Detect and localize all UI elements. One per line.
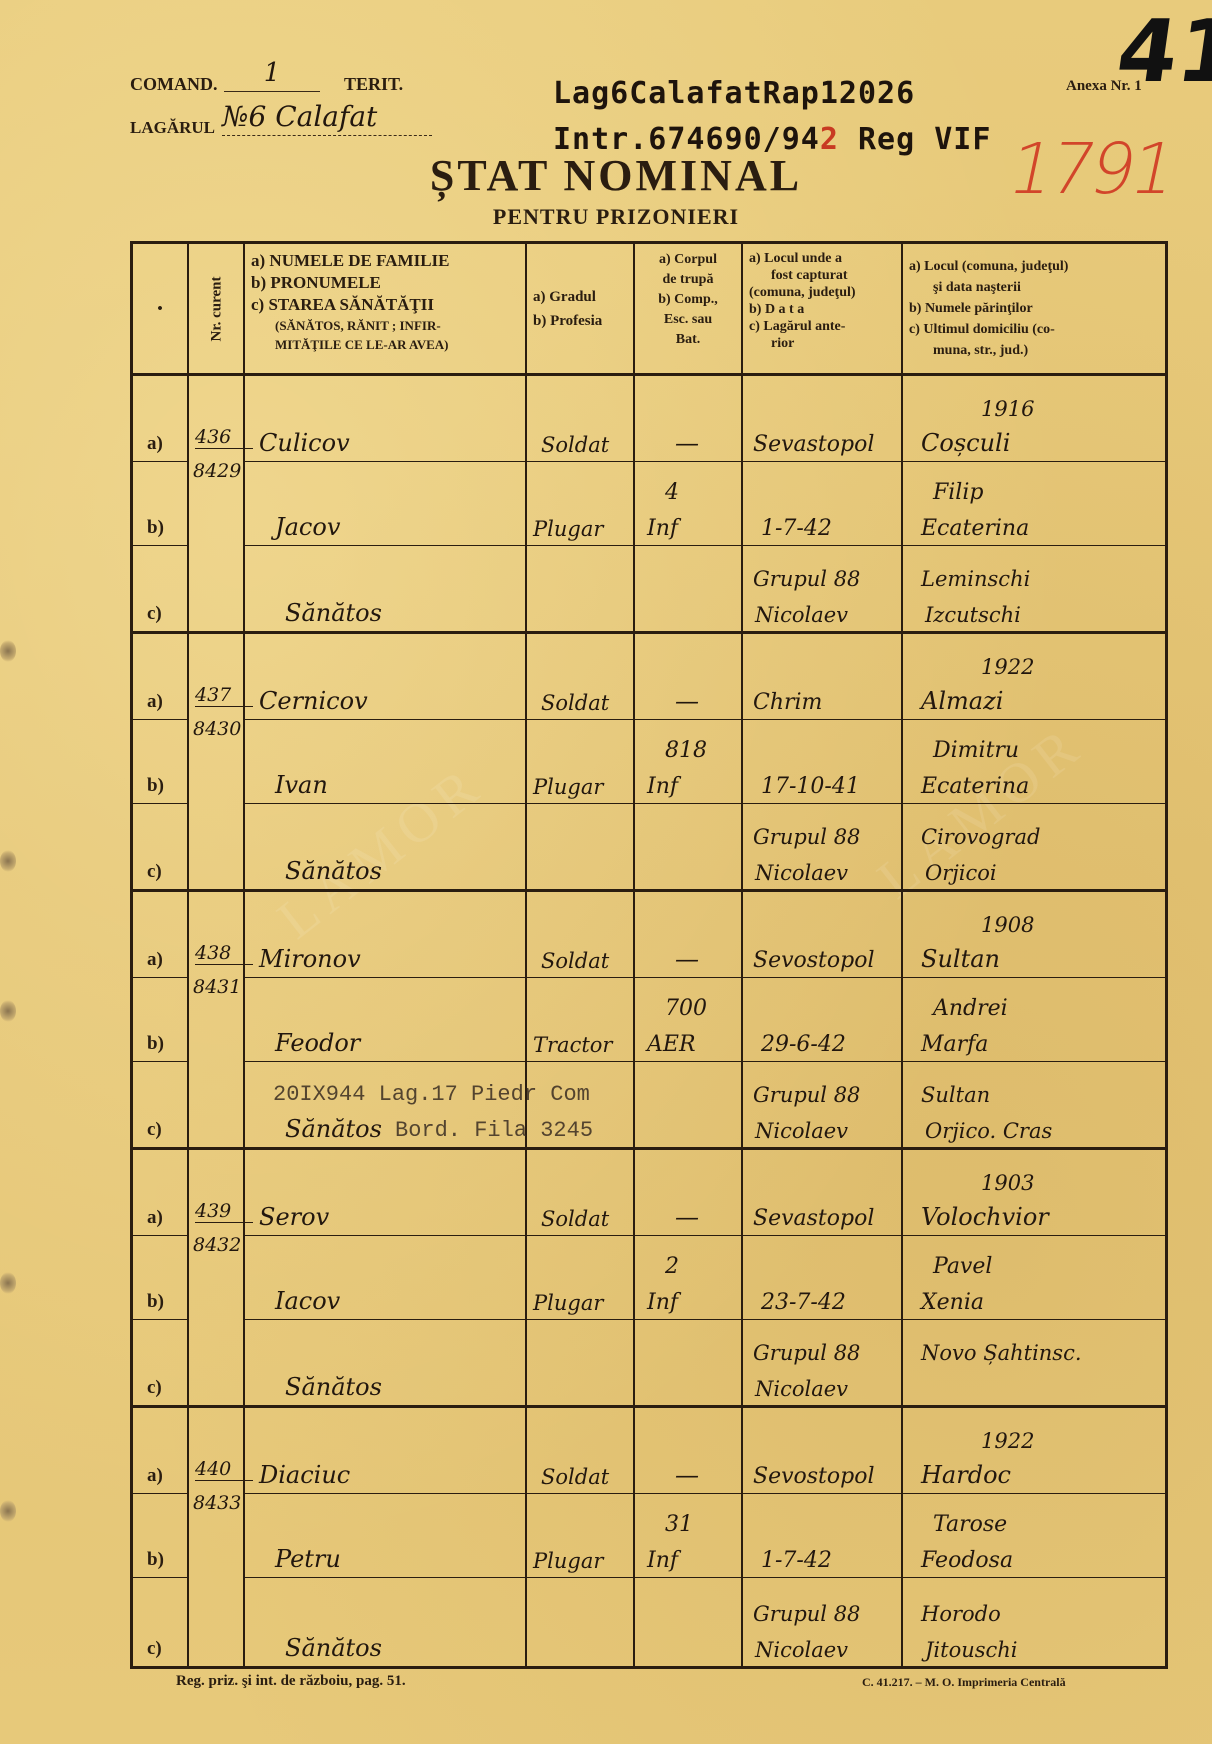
unit-corps: — bbox=[675, 1203, 699, 1231]
birth-place: Almazi bbox=[921, 687, 1003, 715]
previous-camp-place: Nicolaev bbox=[755, 603, 848, 627]
birth-place: Hardoc bbox=[921, 1461, 1011, 1489]
birth-cell: 1922 Hardoc Tarose Feodosa Horodo Jitous… bbox=[903, 1408, 1165, 1666]
rank: Soldat bbox=[541, 1465, 609, 1489]
profession: Plugar bbox=[533, 1549, 603, 1573]
birth-year: 1922 bbox=[981, 655, 1034, 679]
header-health: c) STAREA SĂNĂTĂŢII bbox=[251, 294, 519, 316]
mother-name: Xenia bbox=[921, 1290, 984, 1315]
header-names: a) NUMELE DE FAMILIE b) PRONUMELE c) STA… bbox=[245, 244, 527, 373]
header-capture-text: fost capturat bbox=[749, 267, 895, 284]
comand-label: COMAND. bbox=[130, 74, 218, 95]
capture-cell: Sevastopol 1-7-42 Grupul 88 Nicolaev bbox=[743, 376, 903, 631]
unit-type: Inf bbox=[647, 1548, 678, 1573]
previous-camp: Grupul 88 bbox=[753, 1083, 860, 1107]
capture-date: 17-10-41 bbox=[761, 774, 860, 799]
previous-camp-place: Nicolaev bbox=[755, 1119, 848, 1143]
health-status: Sănătos bbox=[285, 1634, 382, 1662]
domicile-line1: Novo Șahtinsc. bbox=[921, 1341, 1082, 1365]
firstname: Petru bbox=[275, 1545, 341, 1573]
footer-regulation-note: Reg. priz. şi int. de războiu, pag. 51. bbox=[176, 1673, 406, 1690]
header-capture-text: b) D a t a bbox=[749, 301, 895, 318]
health-status: Sănătos bbox=[285, 1115, 382, 1143]
nr-curent-cell: 440 8433 bbox=[189, 1408, 245, 1666]
label-c: c) bbox=[147, 861, 162, 883]
table-row: a) b) c) 439 8432 Serov Iacov Sănătos So… bbox=[133, 1150, 1165, 1408]
label-a: a) bbox=[147, 1465, 163, 1487]
previous-camp-place: Nicolaev bbox=[755, 1638, 848, 1662]
header-bullet: • bbox=[133, 244, 189, 373]
binder-hole bbox=[0, 1000, 16, 1022]
father-name: Filip bbox=[933, 480, 983, 505]
bullet-mark: • bbox=[157, 299, 162, 319]
profession: Tractor bbox=[533, 1033, 612, 1057]
rank-cell: Soldat Plugar bbox=[527, 376, 635, 631]
unit-type: Inf bbox=[647, 774, 678, 799]
binder-hole bbox=[0, 850, 16, 872]
rank-cell: Soldat Plugar bbox=[527, 1408, 635, 1666]
unit-type: AER bbox=[647, 1032, 696, 1057]
row-labels: a) b) c) bbox=[133, 1408, 189, 1666]
health-status: Sănătos bbox=[285, 857, 382, 885]
unit-number: 818 bbox=[665, 738, 707, 763]
header-birth-text: b) Numele părinţilor bbox=[909, 298, 1159, 319]
birth-place: Coșculi bbox=[921, 429, 1010, 457]
domicile-line1: Leminschi bbox=[921, 567, 1030, 591]
header-birth-text: a) Locul (comuna, judeţul) bbox=[909, 256, 1159, 277]
unit-type: Inf bbox=[647, 516, 678, 541]
names-cell: Serov Iacov Sănătos bbox=[245, 1150, 527, 1405]
unit-corps: — bbox=[675, 429, 699, 457]
capture-cell: Sevastopol 23-7-42 Grupul 88 Nicolaev bbox=[743, 1150, 903, 1405]
birth-cell: 1903 Volochvior Pavel Xenia Novo Șahtins… bbox=[903, 1150, 1165, 1405]
nr-registry: 8430 bbox=[193, 718, 241, 740]
surname: Cernicov bbox=[259, 687, 368, 715]
header-unit-text: Bat. bbox=[641, 330, 735, 350]
registration-stamp-line1: Lag6CalafatRap12026 bbox=[553, 76, 915, 111]
capture-place: Sevastopol bbox=[753, 432, 874, 457]
domicile-line1: Horodo bbox=[921, 1602, 1001, 1626]
firstname: Feodor bbox=[275, 1029, 360, 1057]
lagarul-label: LAGĂRUL bbox=[130, 118, 215, 138]
label-b: b) bbox=[147, 1033, 164, 1055]
previous-camp: Grupul 88 bbox=[753, 567, 860, 591]
domicile-line2: Orjico. Cras bbox=[925, 1119, 1052, 1143]
mother-name: Marfa bbox=[921, 1032, 988, 1057]
surname: Serov bbox=[259, 1203, 329, 1231]
unit-number: 700 bbox=[665, 996, 707, 1021]
label-c: c) bbox=[147, 1119, 162, 1141]
row-labels: a) b) c) bbox=[133, 634, 189, 889]
unit-type: Inf bbox=[647, 1290, 678, 1315]
unit-number: 31 bbox=[665, 1512, 693, 1537]
comand-value: 1 bbox=[224, 58, 320, 92]
surname: Mironov bbox=[259, 945, 361, 973]
names-cell: Mironov Feodor 20IX944 Lag.17 Piedr Com … bbox=[245, 892, 527, 1147]
capture-date: 29-6-42 bbox=[761, 1032, 846, 1057]
header-capture-text: a) Locul unde a bbox=[749, 250, 895, 267]
surname: Culicov bbox=[259, 429, 350, 457]
label-a: a) bbox=[147, 433, 163, 455]
header-birth-text: c) Ultimul domiciliu (co- bbox=[909, 319, 1159, 340]
row-labels: a) b) c) bbox=[133, 1150, 189, 1405]
header-capture-text: rior bbox=[749, 335, 895, 352]
birth-year: 1922 bbox=[981, 1429, 1034, 1453]
birth-year: 1903 bbox=[981, 1171, 1034, 1195]
previous-camp-place: Nicolaev bbox=[755, 861, 848, 885]
label-b: b) bbox=[147, 775, 164, 797]
row-labels: a) b) c) bbox=[133, 892, 189, 1147]
surname: Diaciuc bbox=[259, 1461, 350, 1489]
document-subtitle: PENTRU PRIZONIERI bbox=[0, 204, 1212, 230]
unit-cell: — 4 Inf bbox=[635, 376, 743, 631]
table-row: a) b) c) 437 8430 Cernicov Ivan Sănătos … bbox=[133, 634, 1165, 892]
rank: Soldat bbox=[541, 1207, 609, 1231]
terit-label: TERIT. bbox=[344, 74, 403, 95]
health-status: Sănătos bbox=[285, 1373, 382, 1401]
nr-registry: 8429 bbox=[193, 460, 241, 482]
nr-curent-cell: 439 8432 bbox=[189, 1150, 245, 1405]
table-row: a) b) c) 440 8433 Diaciuc Petru Sănătos … bbox=[133, 1408, 1165, 1666]
lagarul-value: №6 Calafat bbox=[222, 100, 432, 136]
names-cell: Diaciuc Petru Sănătos bbox=[245, 1408, 527, 1666]
table-row: a) b) c) 436 8429 Culicov Jacov Sănătos … bbox=[133, 376, 1165, 634]
document-title: ȘTAT NOMINAL bbox=[0, 150, 1212, 201]
nr-curent-cell: 437 8430 bbox=[189, 634, 245, 889]
domicile-line1: Sultan bbox=[921, 1083, 990, 1107]
birth-place: Volochvior bbox=[921, 1203, 1049, 1231]
label-a: a) bbox=[147, 1207, 163, 1229]
binder-hole bbox=[0, 640, 16, 662]
capture-place: Sevostopol bbox=[753, 948, 875, 973]
father-name: Pavel bbox=[933, 1254, 992, 1279]
unit-corps: — bbox=[675, 945, 699, 973]
header-gradul: a) Gradul bbox=[533, 285, 627, 309]
rank-cell: Soldat Tractor bbox=[527, 892, 635, 1147]
capture-date: 23-7-42 bbox=[761, 1290, 846, 1315]
firstname: Jacov bbox=[275, 513, 340, 541]
header-health-note: MITĂŢILE CE LE-AR AVEA) bbox=[251, 335, 519, 354]
label-b: b) bbox=[147, 1549, 164, 1571]
birth-year: 1916 bbox=[981, 397, 1034, 421]
header-unit-text: b) Comp., bbox=[641, 290, 735, 310]
unit-number: 2 bbox=[665, 1254, 679, 1279]
names-cell: Culicov Jacov Sănătos bbox=[245, 376, 527, 631]
health-status: Sănătos bbox=[285, 599, 382, 627]
capture-cell: Sevostopol 29-6-42 Grupul 88 Nicolaev bbox=[743, 892, 903, 1147]
capture-place: Chrim bbox=[753, 690, 822, 715]
names-cell: Cernicov Ivan Sănătos bbox=[245, 634, 527, 889]
capture-cell: Chrim 17-10-41 Grupul 88 Nicolaev bbox=[743, 634, 903, 889]
rank-cell: Soldat Plugar bbox=[527, 1150, 635, 1405]
header-profesia: b) Profesia bbox=[533, 309, 627, 333]
capture-date: 1-7-42 bbox=[761, 1548, 832, 1573]
mother-name: Ecaterina bbox=[921, 516, 1029, 541]
firstname: Iacov bbox=[275, 1287, 340, 1315]
header-unit: a) Corpul de trupă b) Comp., Esc. sau Ba… bbox=[635, 244, 743, 373]
capture-date: 1-7-42 bbox=[761, 516, 832, 541]
domicile-line2: Izcutschi bbox=[925, 603, 1021, 627]
label-b: b) bbox=[147, 1291, 164, 1313]
header-birth-text: şi data naşterii bbox=[909, 277, 1159, 298]
unit-number: 4 bbox=[665, 480, 679, 505]
unit-cell: — 31 Inf bbox=[635, 1408, 743, 1666]
previous-camp: Grupul 88 bbox=[753, 1341, 860, 1365]
header-birth-text: muna, str., jud.) bbox=[909, 340, 1159, 361]
nr-registry: 8432 bbox=[193, 1234, 241, 1256]
header-firstname: b) PRONUMELE bbox=[251, 272, 519, 294]
header-birth: a) Locul (comuna, judeţul) şi data naşte… bbox=[903, 244, 1165, 373]
label-c: c) bbox=[147, 603, 162, 625]
header-unit-text: Esc. sau bbox=[641, 310, 735, 330]
birth-cell: 1916 Coșculi Filip Ecaterina Leminschi I… bbox=[903, 376, 1165, 631]
unit-cell: — 2 Inf bbox=[635, 1150, 743, 1405]
unit-cell: — 818 Inf bbox=[635, 634, 743, 889]
header-unit-text: de trupă bbox=[641, 270, 735, 290]
nr-curent-label: Nr. curent bbox=[206, 276, 226, 341]
domicile-line2: Orjicoi bbox=[925, 861, 997, 885]
profession: Plugar bbox=[533, 775, 603, 799]
header-surname: a) NUMELE DE FAMILIE bbox=[251, 250, 519, 272]
nr-curent-cell: 438 8431 bbox=[189, 892, 245, 1147]
label-a: a) bbox=[147, 949, 163, 971]
profession: Plugar bbox=[533, 1291, 603, 1315]
nr-registry: 8433 bbox=[193, 1492, 241, 1514]
previous-camp: Grupul 88 bbox=[753, 1602, 860, 1626]
rank: Soldat bbox=[541, 691, 609, 715]
page-number: 41 bbox=[1111, 2, 1212, 102]
header-unit-text: a) Corpul bbox=[641, 250, 735, 270]
domicile-line2: Jitouschi bbox=[925, 1638, 1018, 1662]
father-name: Tarose bbox=[933, 1512, 1007, 1537]
label-a: a) bbox=[147, 691, 163, 713]
rank-cell: Soldat Plugar bbox=[527, 634, 635, 889]
header-capture-text: c) Lagărul ante- bbox=[749, 318, 895, 335]
birth-place: Sultan bbox=[921, 945, 1000, 973]
table-header: • Nr. curent a) NUMELE DE FAMILIE b) PRO… bbox=[133, 244, 1165, 376]
firstname: Ivan bbox=[275, 771, 328, 799]
prisoner-table: • Nr. curent a) NUMELE DE FAMILIE b) PRO… bbox=[130, 241, 1168, 1669]
binder-hole bbox=[0, 1272, 16, 1294]
binder-hole bbox=[0, 1500, 16, 1522]
birth-cell: 1908 Sultan Andrei Marfa Sultan Orjico. … bbox=[903, 892, 1165, 1147]
father-name: Andrei bbox=[933, 996, 1008, 1021]
nr-curent-cell: 436 8429 bbox=[189, 376, 245, 631]
father-name: Dimitru bbox=[933, 738, 1019, 763]
profession: Plugar bbox=[533, 517, 603, 541]
rank: Soldat bbox=[541, 433, 609, 457]
unit-corps: — bbox=[675, 687, 699, 715]
nr-registry: 8431 bbox=[193, 976, 241, 998]
label-c: c) bbox=[147, 1377, 162, 1399]
unit-corps: — bbox=[675, 1461, 699, 1489]
row-labels: a) b) c) bbox=[133, 376, 189, 631]
previous-camp: Grupul 88 bbox=[753, 825, 860, 849]
rank: Soldat bbox=[541, 949, 609, 973]
previous-camp-place: Nicolaev bbox=[755, 1377, 848, 1401]
unit-cell: — 700 AER bbox=[635, 892, 743, 1147]
label-b: b) bbox=[147, 517, 164, 539]
header-capture: a) Locul unde a fost capturat (comuna, j… bbox=[743, 244, 903, 373]
mother-name: Ecaterina bbox=[921, 774, 1029, 799]
header-rank: a) Gradul b) Profesia bbox=[527, 244, 635, 373]
domicile-line1: Cirovograd bbox=[921, 825, 1040, 849]
header-nr-curent: Nr. curent bbox=[189, 244, 245, 373]
birth-cell: 1922 Almazi Dimitru Ecaterina Cirovograd… bbox=[903, 634, 1165, 889]
header-capture-text: (comuna, judeţul) bbox=[749, 284, 895, 301]
label-c: c) bbox=[147, 1638, 162, 1660]
capture-cell: Sevostopol 1-7-42 Grupul 88 Nicolaev bbox=[743, 1408, 903, 1666]
table-row: a) b) c) 438 8431 Mironov Feodor 20IX944… bbox=[133, 892, 1165, 1150]
capture-place: Sevostopol bbox=[753, 1464, 875, 1489]
header-health-note: (SĂNĂTOS, RĂNIT ; INFIR- bbox=[251, 316, 519, 335]
birth-year: 1908 bbox=[981, 913, 1034, 937]
capture-place: Sevastopol bbox=[753, 1206, 874, 1231]
mother-name: Feodosa bbox=[921, 1548, 1013, 1573]
footer-printer: C. 41.217. – M. O. Imprimeria Centrală bbox=[862, 1675, 1066, 1690]
